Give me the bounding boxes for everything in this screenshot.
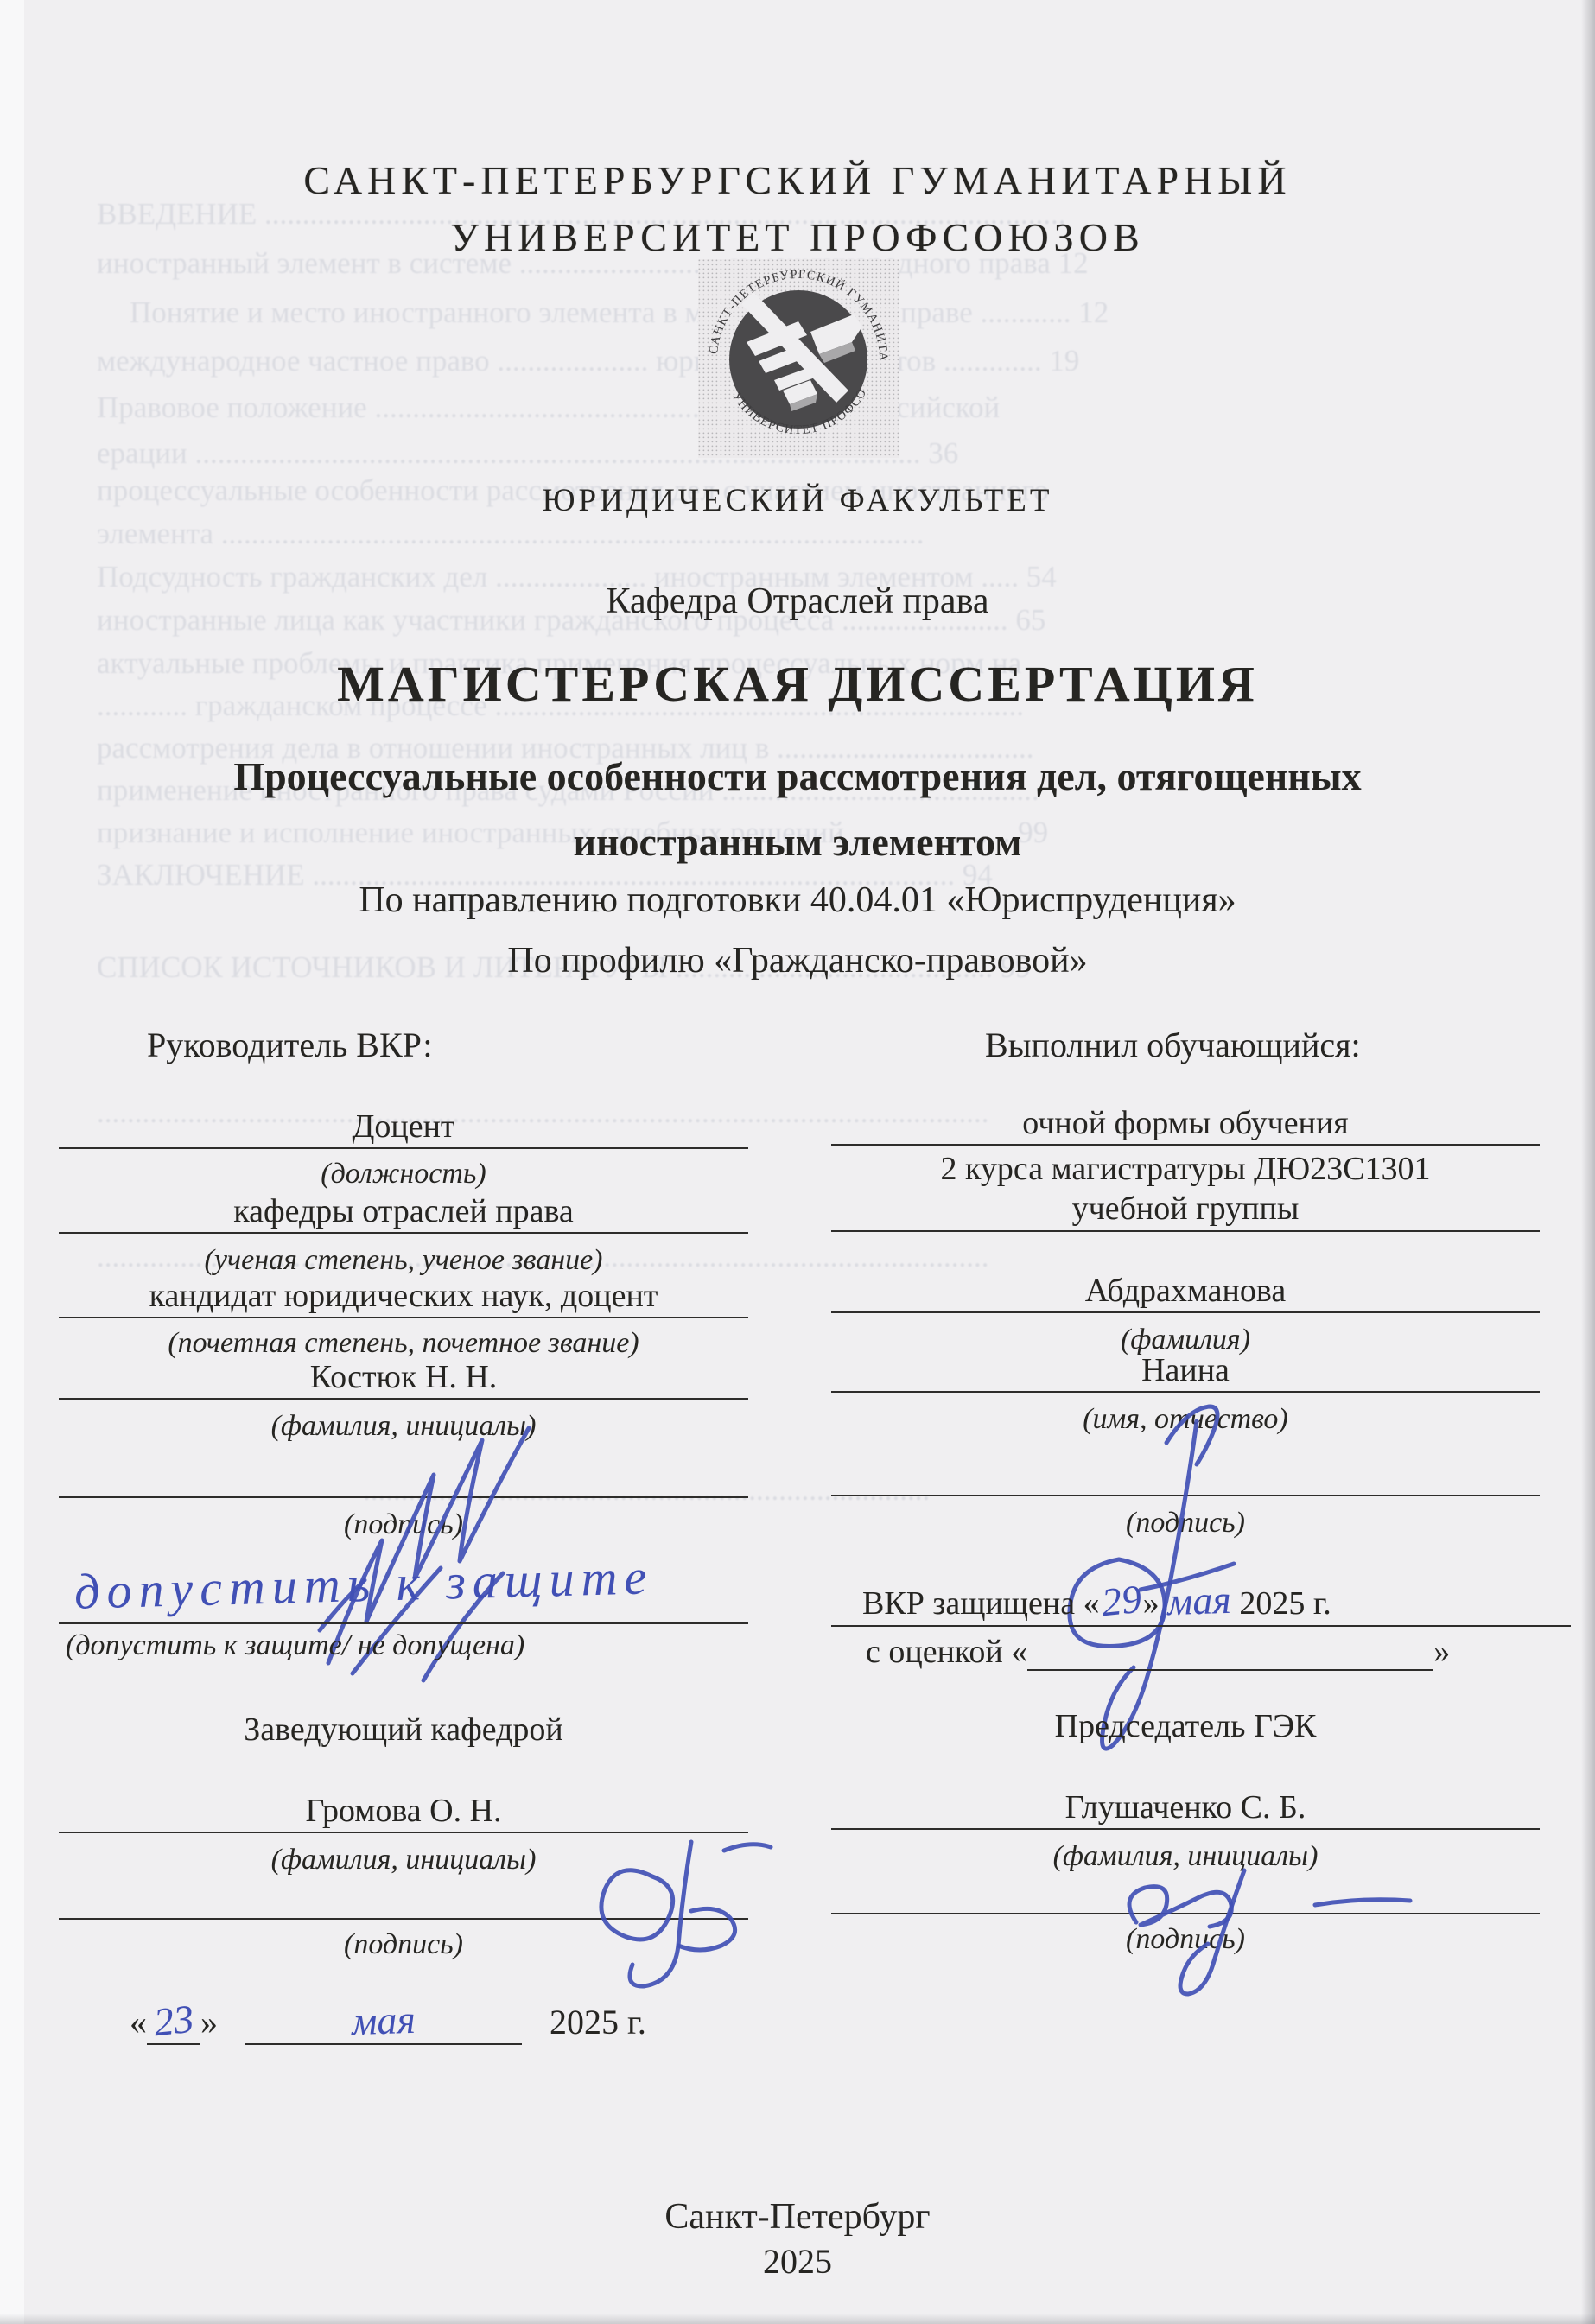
date-close-quote: » (200, 2003, 218, 2041)
supervisor-degree-field: кафедры отраслей права (59, 1192, 748, 1234)
university-name-line2: УНИВЕРСИТЕТ ПРОФСОЮЗОВ (0, 214, 1595, 260)
defended-year: 2025 г. (1239, 1585, 1331, 1622)
department-head-signature-ink (553, 1825, 838, 2006)
footer-city: Санкт-Петербург (0, 2196, 1595, 2238)
defended-month-handwriting: мая (1166, 1577, 1232, 1625)
faculty-name: ЮРИДИЧЕСКИЙ ФАКУЛЬТЕТ (0, 482, 1595, 519)
gek-chair-name-field: Глушаченко С. Б. (831, 1788, 1540, 1830)
student-surname-value: Абдрахманова (1085, 1273, 1286, 1309)
study-direction: По направлению подготовки 40.04.01 «Юрис… (0, 879, 1595, 921)
approval-date-row: «23» мая 2025 г. (130, 1997, 646, 2045)
student-surname-field: Абдрахманова (831, 1272, 1540, 1313)
supervisor-honor-value: кандидат юридических наук, доцент (149, 1278, 658, 1314)
defended-day-handwriting: 29 (1099, 1576, 1143, 1626)
student-course-value: 2 курса магистратуры ДЮ23С1301 (941, 1151, 1431, 1187)
admission-caption: (допустить к защите/ не допущена) (59, 1629, 755, 1662)
date-day-handwriting: 23 (151, 1996, 195, 2046)
grade-field: с оценкой «» (831, 1633, 1574, 1671)
supervisor-honor-caption: (почетная степень, почетное звание) (59, 1327, 748, 1360)
defended-date-field: ВКР защищена «29» мая 2025 г. (831, 1578, 1571, 1627)
defended-prefix: ВКР защищена « (862, 1585, 1100, 1622)
supervisor-name-value: Костюк Н. Н. (310, 1359, 498, 1395)
student-form-field: очной формы обучения (831, 1104, 1540, 1146)
footer-year: 2025 (0, 2241, 1595, 2282)
thesis-title-line2: иностранным элементом (0, 819, 1595, 865)
university-name-line1: САНКТ-ПЕТЕРБУРГСКИЙ ГУМАНИТАРНЫЙ (0, 157, 1595, 203)
grade-blank-line (1027, 1633, 1433, 1671)
grade-prefix: с оценкой « (866, 1634, 1027, 1670)
student-form-value: очной формы обучения (1022, 1105, 1348, 1141)
grade-close-quote: » (1433, 1634, 1450, 1670)
gek-chair-signature-ink (1097, 1857, 1460, 2004)
scan-edge-right (1581, 0, 1595, 2324)
supervisor-honor-field: кандидат юридических наук, доцент (59, 1277, 748, 1318)
department-head-title: Заведующий кафедрой (59, 1711, 748, 1749)
scanned-title-page: ВВЕДЕНИЕ ...............................… (0, 0, 1595, 2324)
supervisor-degree-caption: (ученая степень, ученое звание) (59, 1244, 748, 1277)
university-emblem: САНКТ-ПЕТЕРБУРГСКИЙ ГУМАНИТАРНЫЙ УНИВЕРС… (698, 259, 899, 458)
admission-line (59, 1583, 748, 1624)
supervisor-name-field: Костюк Н. Н. (59, 1358, 748, 1400)
scan-edge-bottom (0, 2314, 1595, 2324)
scan-edge-left (0, 0, 24, 2324)
student-header: Выполнил обучающийся: (985, 1025, 1361, 1065)
supervisor-header: Руководитель ВКР: (147, 1025, 433, 1065)
department-head-name: Громова О. Н. (305, 1793, 501, 1829)
supervisor-position-value: Доцент (352, 1108, 454, 1145)
thesis-title-line1: Процессуальные особенности рассмотрения … (0, 753, 1595, 799)
study-profile: По профилю «Гражданско-правовой» (0, 940, 1595, 981)
date-month-handwriting: мая (351, 1997, 416, 2045)
department-name: Кафедра Отраслей права (0, 581, 1595, 622)
date-open-quote: « (130, 2003, 147, 2041)
student-group-field: 2 курса магистратуры ДЮ23С1301 учебной г… (831, 1149, 1540, 1232)
student-group-value: учебной группы (1072, 1191, 1300, 1227)
defended-close-quote: » (1143, 1585, 1160, 1622)
gek-chair-name: Глушаченко С. Б. (1065, 1789, 1306, 1826)
supervisor-degree-value: кафедры отраслей права (233, 1193, 574, 1229)
gek-chair-title: Председатель ГЭК (831, 1707, 1540, 1745)
date-year: 2025 г. (550, 2003, 646, 2041)
document-type-heading: МАГИСТЕРСКАЯ ДИССЕРТАЦИЯ (0, 655, 1595, 713)
supervisor-position-field: Доцент (59, 1108, 748, 1149)
supervisor-position-caption: (должность) (59, 1158, 748, 1191)
bleedthrough-line: элемента ...............................… (97, 517, 1497, 551)
